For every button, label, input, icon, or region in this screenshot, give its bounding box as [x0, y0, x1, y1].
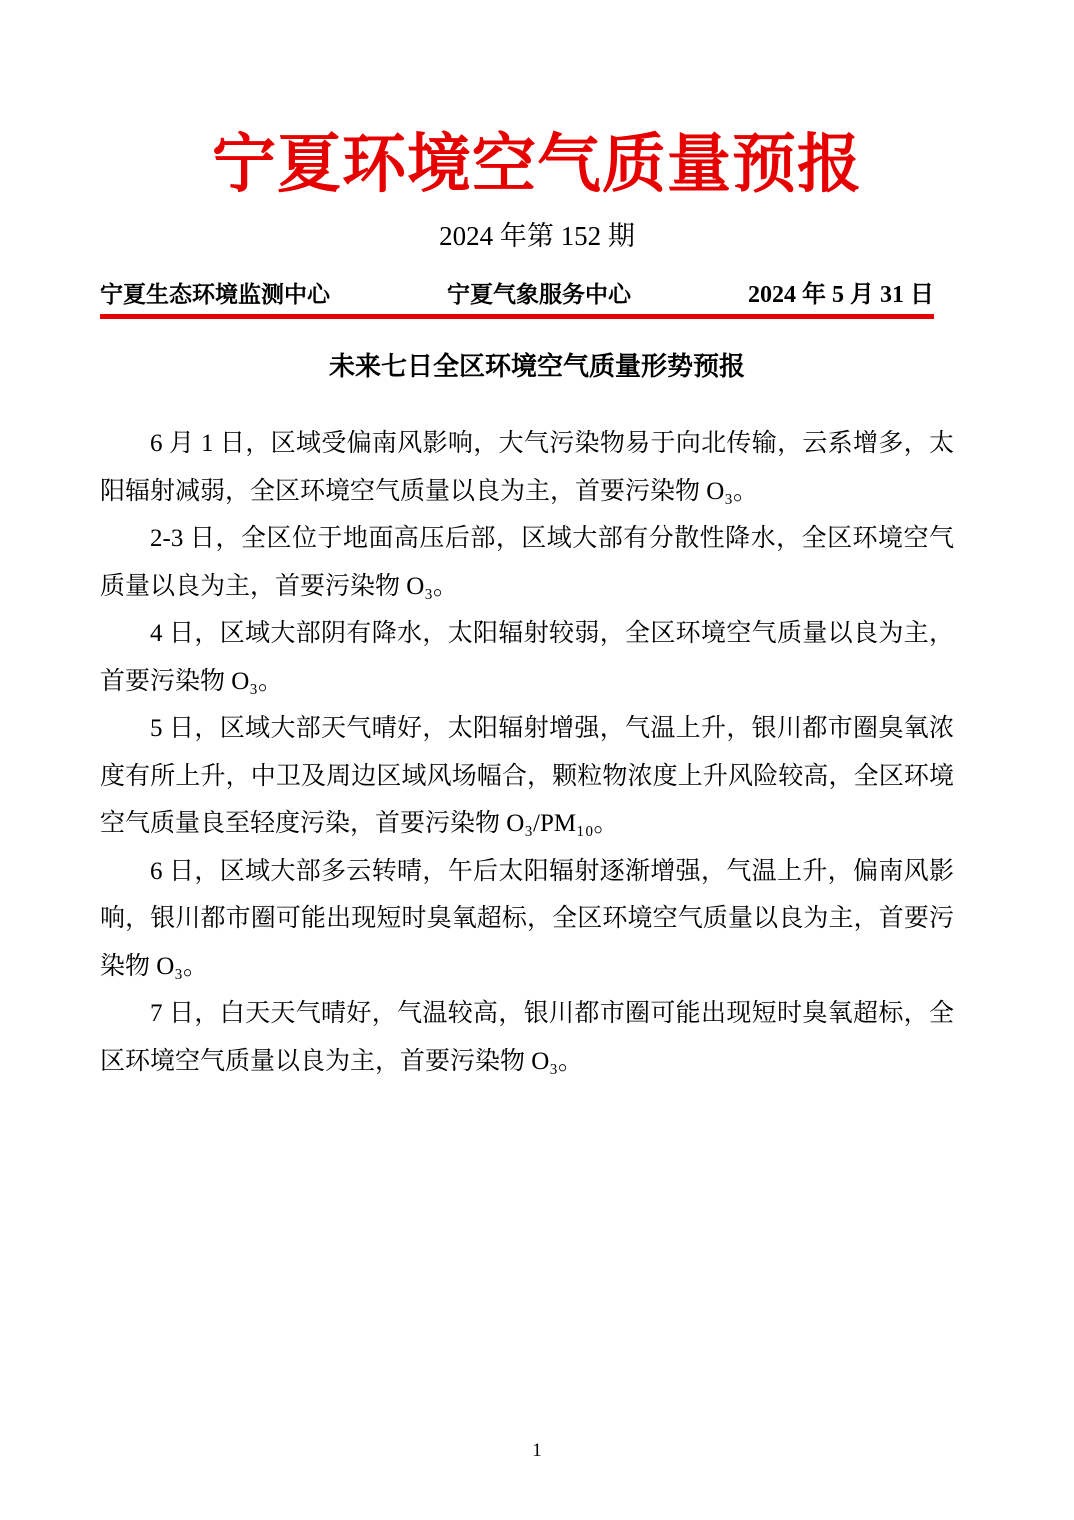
- forecast-paragraph-day2-3: 2-3 日，全区位于地面高压后部，区域大部有分散性降水，全区环境空气质量以良为主…: [100, 515, 954, 610]
- document-title: 宁夏环境空气质量预报: [0, 0, 1074, 204]
- forecast-paragraph-day7: 7 日，白天天气晴好，气温较高，银川都市圈可能出现短时臭氧超标，全区环境空气质量…: [100, 990, 954, 1085]
- forecast-body: 6 月 1 日，区域受偏南风影响，大气污染物易于向北传输，云系增多，太阳辐射减弱…: [100, 420, 954, 1085]
- forecast-paragraph-day1: 6 月 1 日，区域受偏南风影响，大气污染物易于向北传输，云系增多，太阳辐射减弱…: [100, 420, 954, 515]
- forecast-paragraph-day6: 6 日，区域大部多云转晴，午后太阳辐射逐渐增强，气温上升，偏南风影响，银川都市圈…: [100, 848, 954, 991]
- org-monitoring-center: 宁夏生态环境监测中心: [100, 280, 330, 308]
- section-title: 未来七日全区环境空气质量形势预报: [0, 352, 1074, 382]
- page-number: 1: [0, 1440, 1074, 1462]
- issue-number: 2024 年第 152 期: [0, 220, 1074, 252]
- publish-date: 2024 年 5 月 31 日: [748, 281, 934, 309]
- forecast-paragraph-day5: 5 日，区域大部天气晴好，太阳辐射增强，气温上升，银川都市圈臭氧浓度有所上升，中…: [100, 705, 954, 848]
- org-weather-center: 宁夏气象服务中心: [447, 280, 631, 308]
- forecast-paragraph-day4: 4 日，区域大部阴有降水，太阳辐射较弱，全区环境空气质量以良为主，首要污染物 O…: [100, 610, 954, 705]
- document-page: 宁夏环境空气质量预报 2024 年第 152 期 宁夏生态环境监测中心 宁夏气象…: [0, 0, 1074, 1520]
- masthead: 宁夏生态环境监测中心 宁夏气象服务中心 2024 年 5 月 31 日: [100, 280, 934, 319]
- masthead-row: 宁夏生态环境监测中心 宁夏气象服务中心 2024 年 5 月 31 日: [100, 280, 934, 309]
- red-divider-rule: [100, 314, 934, 319]
